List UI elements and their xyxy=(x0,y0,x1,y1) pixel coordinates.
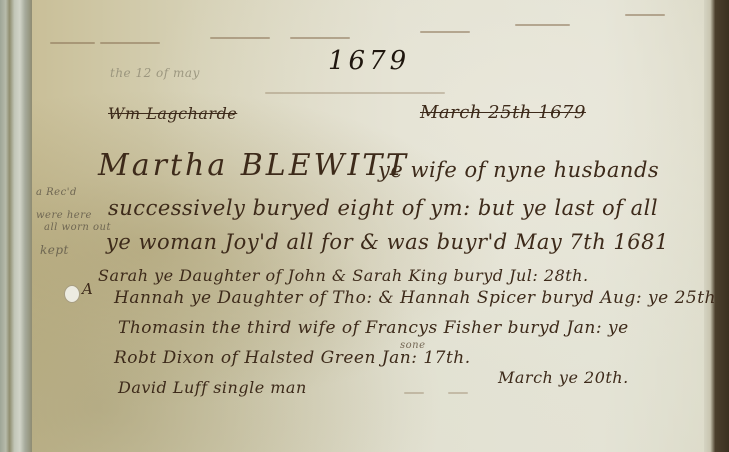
entry-hannah-spicer: Hannah ye Daughter of Tho: & Hannah Spic… xyxy=(114,288,716,308)
margin-note: all worn out xyxy=(44,222,111,233)
ruled-line xyxy=(625,14,665,16)
ruled-line xyxy=(420,31,470,33)
ruled-line xyxy=(50,42,95,44)
entry-thomasin-fisher: Thomasin the third wife of Francys Fishe… xyxy=(118,318,629,338)
ruled-line xyxy=(448,392,468,394)
entry-martha-line1: ye wife of nyne husbands xyxy=(378,158,659,182)
entry-sarah-king: Sarah ye Daughter of John & Sarah King b… xyxy=(98,266,589,285)
struck-entry-name: Wm Lagcharde xyxy=(108,104,237,123)
ruled-line xyxy=(404,392,424,394)
ruled-line xyxy=(265,92,445,94)
ruled-line xyxy=(290,37,350,39)
struck-entry-date: March 25th 1679 xyxy=(420,102,586,123)
entry-david-luff: David Luff single man xyxy=(118,378,307,397)
book-gutter xyxy=(0,0,32,452)
ruled-line xyxy=(210,37,270,39)
margin-note: were here xyxy=(36,210,92,221)
entry-martha-line2: successively buryed eight of ym: but ye … xyxy=(108,196,658,220)
faint-header-note: the 12 of may xyxy=(110,66,200,80)
entry-martha-line3: ye woman Joy'd all for & was buyr'd May … xyxy=(106,230,669,254)
ruled-line xyxy=(100,42,160,44)
entry-martha-name: Martha BLEWITT xyxy=(98,148,409,183)
year-heading: 1679 xyxy=(328,46,410,76)
page-edge xyxy=(704,0,729,452)
ruled-line xyxy=(515,24,570,26)
punch-hole xyxy=(64,285,80,303)
margin-mark: A xyxy=(82,280,93,298)
margin-note: kept xyxy=(40,243,69,257)
margin-note: a Rec'd xyxy=(36,187,77,198)
entry-robt-dixon: Robt Dixon of Halsted Green Jan: 17th. xyxy=(114,348,471,368)
entry-david-luff-date: March ye 20th. xyxy=(498,368,629,387)
